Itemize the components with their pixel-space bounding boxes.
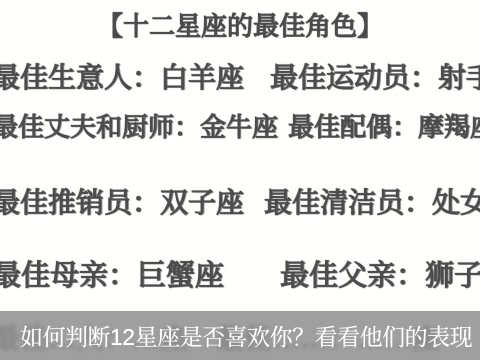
zodiac-row-4: 最佳母亲：巨蟹座最佳父亲：狮子座: [0, 253, 480, 294]
caption-text: 如何判断12星座是否喜欢你？看看他们的表现: [0, 319, 472, 352]
page-title: 【十二星座的最佳角色】: [0, 6, 480, 43]
zodiac-entry-salesman: 最佳推销员：双子座: [0, 181, 244, 221]
zodiac-entry-athlete: 最佳运动员：射手座: [270, 56, 480, 96]
zodiac-entry-spouse: 最佳配偶：摩羯座: [288, 107, 480, 144]
zodiac-entry-cleaner: 最佳清洁员：处女座: [264, 181, 480, 221]
zodiac-entry-mother: 最佳母亲：巨蟹座: [0, 253, 224, 294]
zodiac-text-card: 【十二星座的最佳角色】 最佳生意人：白羊座最佳运动员：射手座 最佳丈夫和厨师：金…: [0, 0, 480, 360]
zodiac-entry-businessman: 最佳生意人：白羊座: [0, 56, 244, 96]
bottom-caption-bar: 如何判断12星座是否喜欢你？看看他们的表现: [0, 311, 480, 360]
zodiac-entry-father: 最佳父亲：狮子座: [280, 253, 480, 294]
zodiac-row-3: 最佳推销员：双子座最佳清洁员：处女座: [0, 181, 480, 221]
zodiac-entry-husband-chef: 最佳丈夫和厨师：金牛座: [0, 107, 278, 144]
zodiac-row-1: 最佳生意人：白羊座最佳运动员：射手座: [0, 56, 480, 96]
zodiac-row-2: 最佳丈夫和厨师：金牛座最佳配偶：摩羯座: [0, 107, 480, 144]
